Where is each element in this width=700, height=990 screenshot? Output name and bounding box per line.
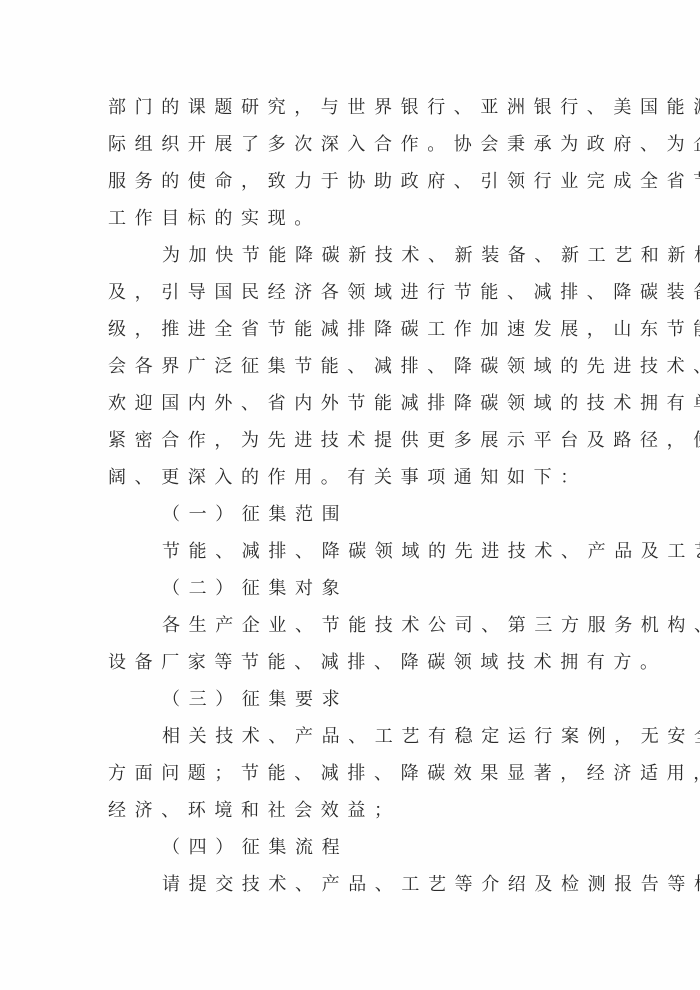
body-line: 设备厂家等节能、减排、降碳领域技术拥有方。 [108,644,600,681]
body-line: 方面问题；节能、减排、降碳效果显著，经济适用，可带来良好 [108,755,600,792]
body-line: 际组织开展了多次深入合作。协会秉承为政府、为企业、为社会 [108,126,600,163]
section-heading-scope: （一）征集范围 [108,496,600,533]
body-line: 部门的课题研究，与世界银行、亚洲银行、美国能源基金会等国 [108,89,600,126]
section-heading-process: （四）征集流程 [108,829,600,866]
paragraph-start-line: 为加快节能降碳新技术、新装备、新工艺和新材料的推广普 [108,237,600,274]
body-line: 经济、环境和社会效益； [108,792,600,829]
section-heading-target: （二）征集对象 [108,570,600,607]
body-line: 工作目标的实现。 [108,200,600,237]
section-heading-requirements: （三）征集要求 [108,681,600,718]
body-line: 阔、更深入的作用。有关事项通知如下： [108,459,600,496]
section-body-scope: 节能、减排、降碳领域的先进技术、产品及工艺等 [108,533,600,570]
section-body-process: 请提交技术、产品、工艺等介绍及检测报告等相关证明材料； [108,866,600,903]
body-line: 服务的使命，致力于协助政府、引领行业完成全省节能减排降碳 [108,163,600,200]
body-line: 及，引导国民经济各领域进行节能、减排、降碳装备技术改造升 [108,274,600,311]
body-line: 紧密合作，为先进技术提供更多展示平台及路径，使其发挥更广 [108,422,600,459]
section-body-requirements: 相关技术、产品、工艺有稳定运行案例，无安全、环保等 [108,718,600,755]
body-line: 会各界广泛征集节能、减排、降碳领域的先进技术、产品及工艺， [108,348,600,385]
document-body: 部门的课题研究，与世界银行、亚洲银行、美国能源基金会等国 际组织开展了多次深入合… [108,89,600,903]
body-line: 级，推进全省节能减排降碳工作加速发展，山东节能协会面向社 [108,311,600,348]
section-body-target: 各生产企业、节能技术公司、第三方服务机构、研究机构、 [108,607,600,644]
document-page: 部门的课题研究，与世界银行、亚洲银行、美国能源基金会等国 际组织开展了多次深入合… [0,0,700,990]
body-line: 欢迎国内外、省内外节能减排降碳领域的技术拥有单位，与协会 [108,385,600,422]
